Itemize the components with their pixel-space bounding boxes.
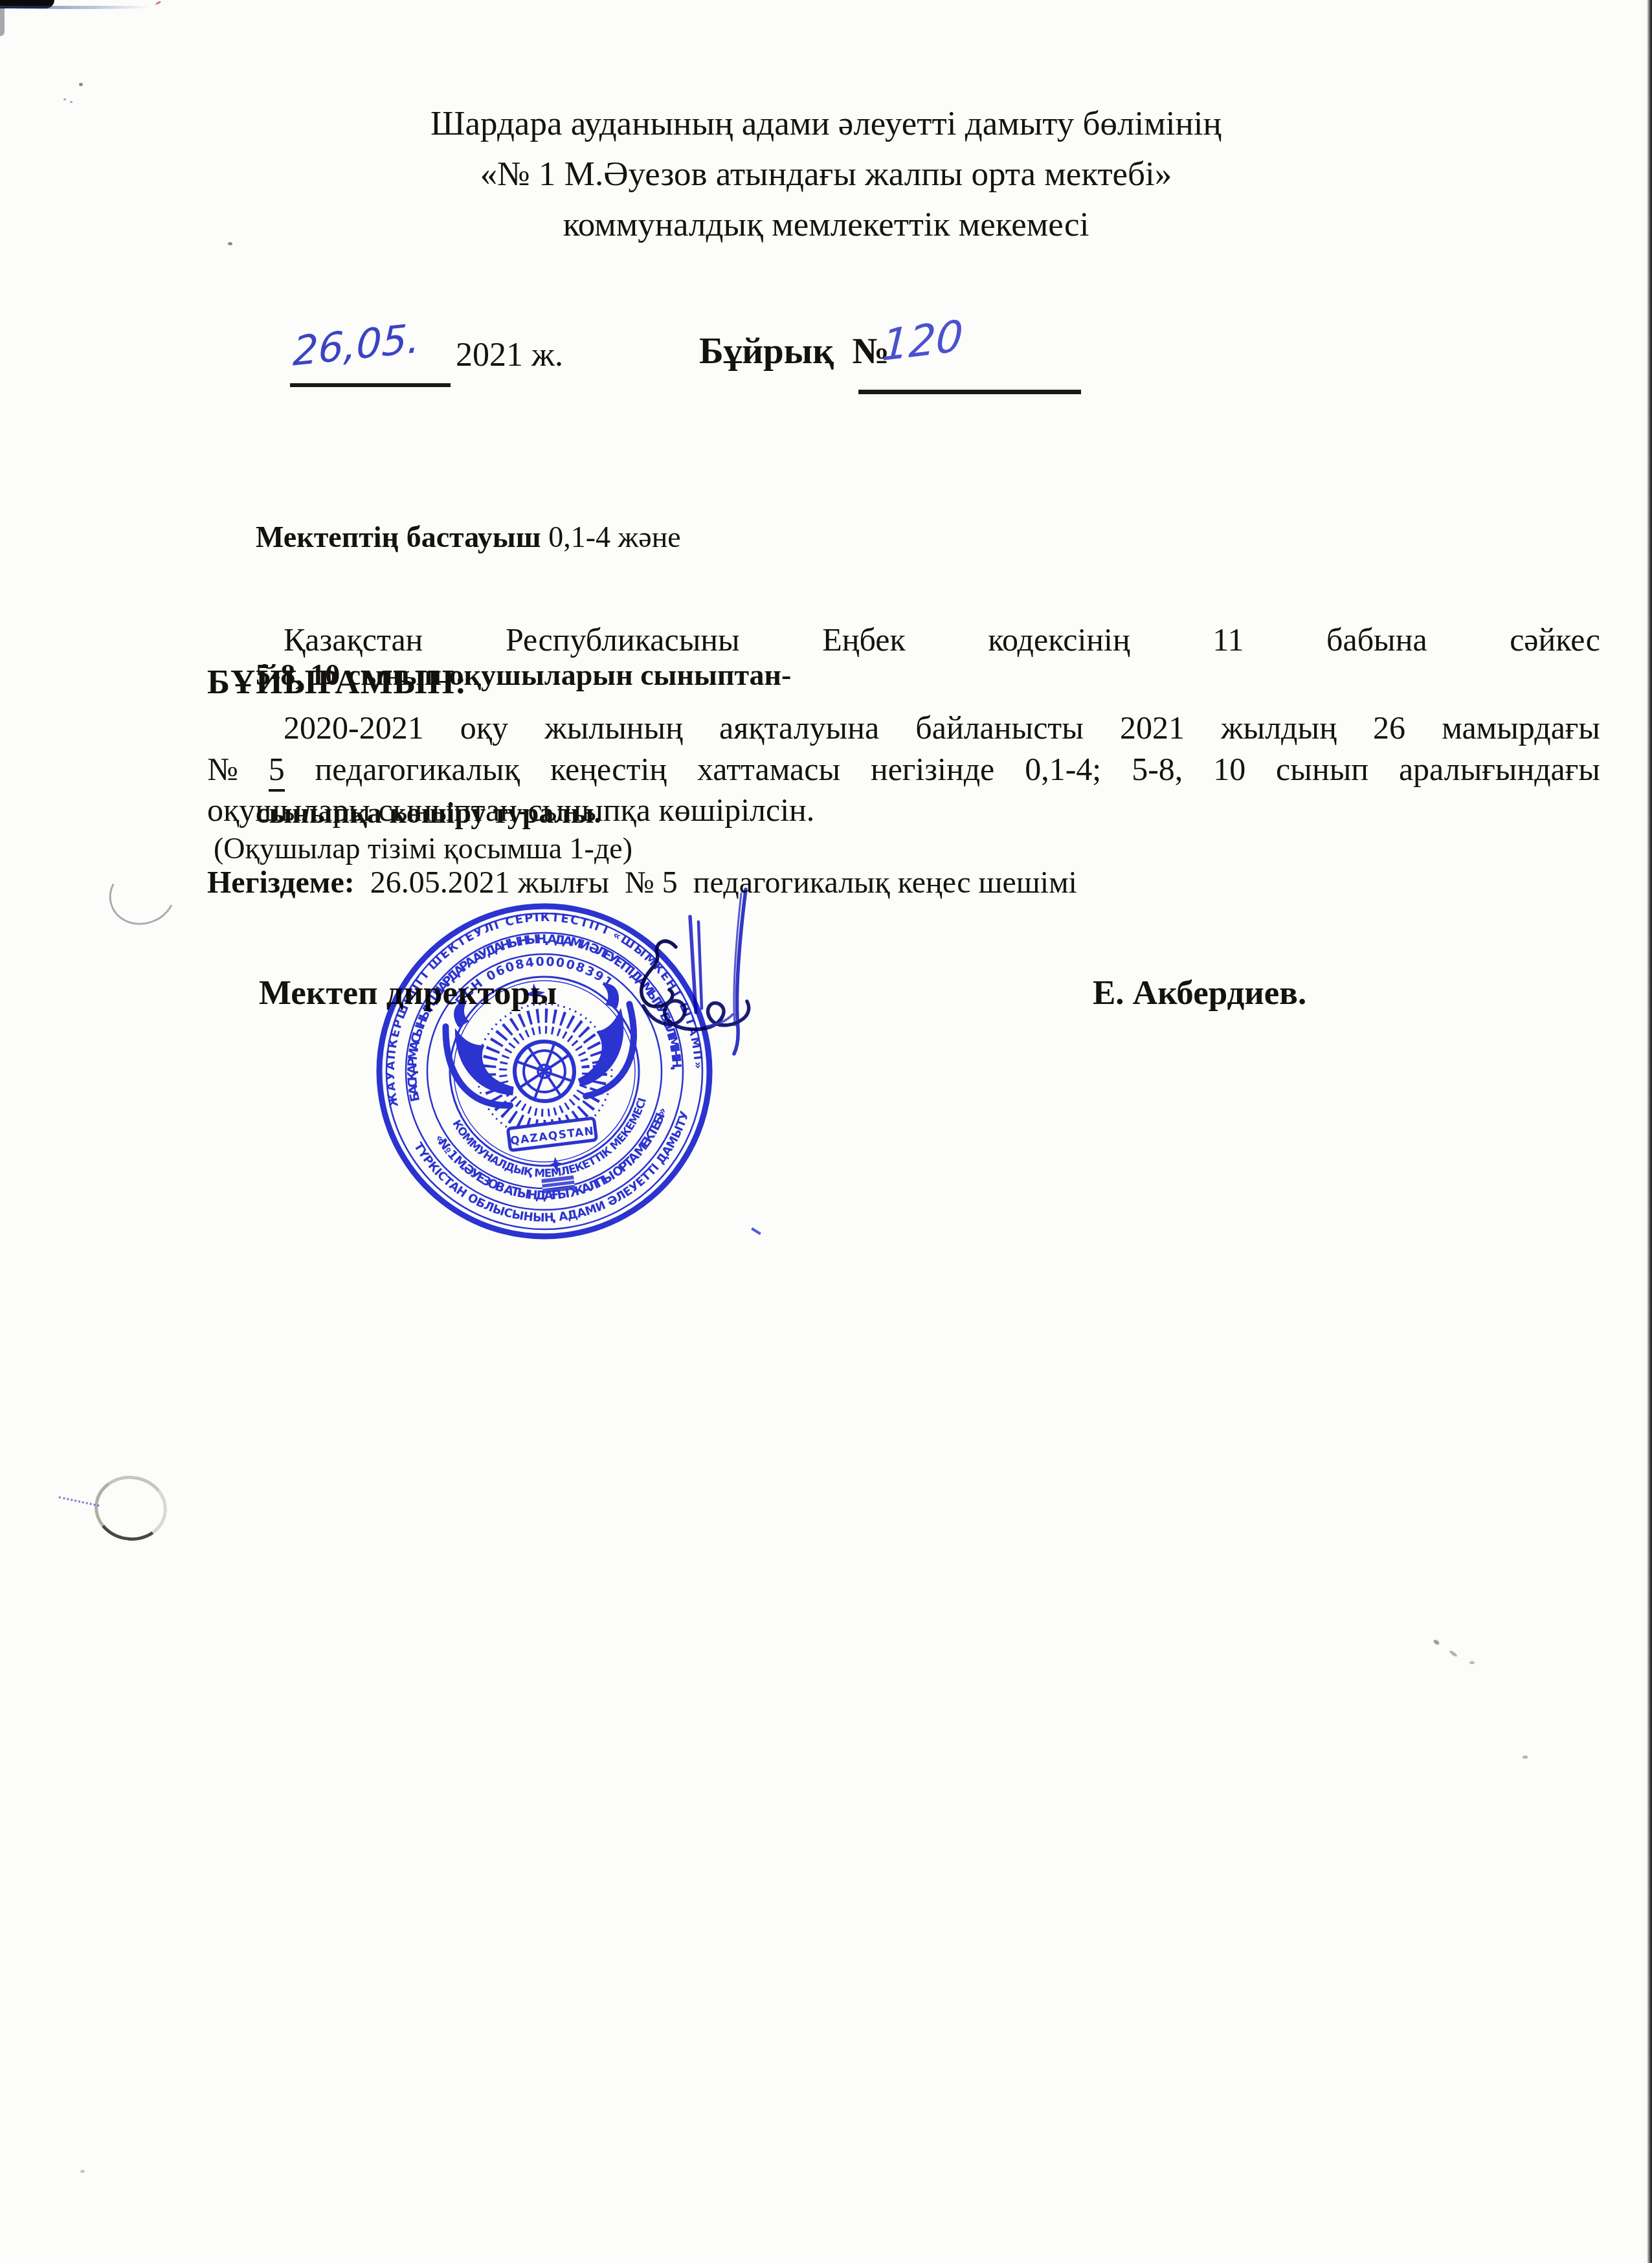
word: сәйкес <box>1510 620 1600 659</box>
scan-artifact-blue-dashes <box>58 1496 99 1506</box>
scan-speck <box>79 83 83 86</box>
word: 11 <box>1212 620 1244 659</box>
order-number-label: Бұйрық № <box>699 330 889 372</box>
word: байланысты <box>915 708 1084 747</box>
year-label: 2021 ж. <box>456 336 563 374</box>
body-paragraph-2-line-3: оқушылары сыныптан-сыныпқа көшірілсін. <box>207 791 814 829</box>
header-line-2: «№ 1 М.Әуезов атындағы жалпы орта мектеб… <box>0 149 1652 199</box>
subject-line-1-bold: Мектептің бастауыш <box>256 520 548 553</box>
subject-line-1-regular: 0,1-4 және <box>548 520 681 553</box>
word: педагогикалық <box>315 750 520 792</box>
word: № <box>207 750 238 792</box>
organization-header: Шардара ауданының адами әлеуетті дамыту … <box>0 98 1652 250</box>
body-paragraph-2-line-2: №5педагогикалықкеңестіңхаттамасынегізінд… <box>207 750 1600 792</box>
word: 2020-2021 <box>284 708 424 747</box>
word: аяқталуына <box>719 708 879 747</box>
word: хаттамасы <box>697 750 840 792</box>
scan-artifact-pen-arc-2 <box>91 1471 172 1546</box>
scan-speck <box>1523 1756 1528 1759</box>
scan-artifact-right-edge <box>1647 0 1652 2263</box>
signature-name: Е. Акбердиев. <box>1093 974 1306 1012</box>
word: Қазақстан <box>284 620 423 659</box>
scan-speck <box>80 2170 85 2173</box>
word: негізінде <box>871 750 994 792</box>
scan-artifact-corner-line <box>0 6 150 9</box>
scan-speck <box>1449 1649 1458 1657</box>
word: сынып <box>1276 750 1368 792</box>
scan-artifact-blue-tick <box>751 1227 761 1235</box>
word: мамырдағы <box>1442 708 1600 747</box>
word: 10 <box>1213 750 1245 792</box>
word: жылдың <box>1221 708 1337 747</box>
basis-label: Негіздеме: <box>207 865 355 900</box>
header-line-1: Шардара ауданының адами әлеуетті дамыту … <box>0 98 1652 149</box>
word: аралығындағы <box>1399 750 1600 792</box>
word: жылының <box>544 708 683 747</box>
word: 26 <box>1373 708 1405 747</box>
scanned-order-document: Шардара ауданының адами әлеуетті дамыту … <box>0 0 1652 2263</box>
word: 0,1-4; <box>1025 750 1101 792</box>
word: 5-8, <box>1132 750 1183 792</box>
word: 2021 <box>1120 708 1185 747</box>
handwritten-date: 26,05. <box>292 314 421 375</box>
word: кодексінің <box>988 620 1130 659</box>
handwritten-order-number: 120 <box>880 311 964 371</box>
scan-speck <box>155 1 161 5</box>
appendix-note: (Оқушылар тізімі қосымша 1-де) <box>214 831 632 865</box>
body-paragraph-1: ҚазақстанРеспубликасыныЕңбеккодексінің11… <box>207 620 1600 659</box>
word: Республикасыны <box>506 620 740 659</box>
subject-line-1: Мектептің бастауыш 0,1-4 және <box>256 514 791 560</box>
order-number-underline <box>858 390 1081 394</box>
scan-speck <box>1433 1639 1440 1646</box>
scan-artifact-left-smudge <box>0 5 5 36</box>
word: бабына <box>1326 620 1427 659</box>
decree-word: БҰЙЫРАМЫН: <box>207 663 467 702</box>
word: 5 <box>269 750 285 792</box>
word: кеңестің <box>550 750 667 792</box>
body-paragraph-2-line-1: 2020-2021оқужылыныңаяқталуынабайланысты2… <box>207 708 1600 747</box>
date-underline <box>290 383 451 387</box>
scan-speck <box>1469 1661 1475 1664</box>
header-line-3: коммуналдық мемлекеттік мекемесі <box>0 199 1652 250</box>
director-signature-ink <box>636 873 788 1067</box>
word: Еңбек <box>822 620 906 659</box>
scan-artifact-pen-arc-1 <box>100 855 184 934</box>
word: оқу <box>460 708 508 747</box>
